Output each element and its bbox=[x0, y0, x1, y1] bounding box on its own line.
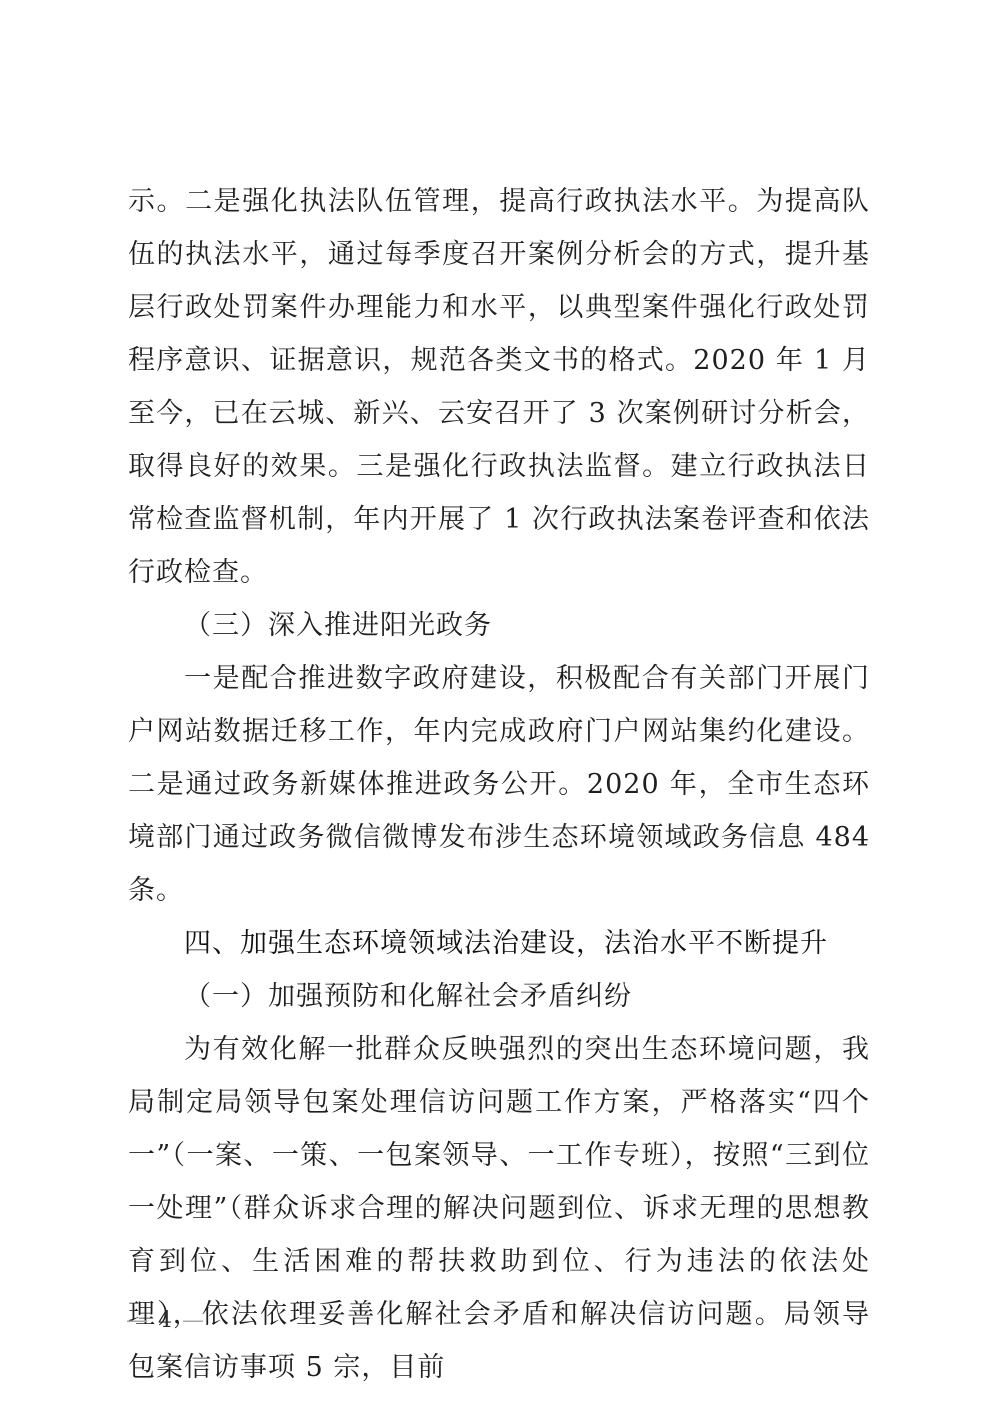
document-body: 示。二是强化执法队伍管理，提高行政执法水平。为提高队伍的执法水平，通过每季度召开… bbox=[128, 175, 870, 1394]
footer-dash-right: — bbox=[182, 1308, 204, 1333]
page-footer: —4— bbox=[126, 1306, 204, 1336]
paragraph: 一是配合推进数字政府建设，积极配合有关部门开展门户网站数据迁移工作，年内完成政府… bbox=[128, 652, 870, 917]
paragraph-continuation: 示。二是强化执法队伍管理，提高行政执法水平。为提高队伍的执法水平，通过每季度召开… bbox=[128, 175, 870, 599]
section-heading-4: 四、加强生态环境领域法治建设，法治水平不断提升 bbox=[128, 917, 870, 970]
page-number: 4 bbox=[158, 1308, 172, 1333]
subsection-heading-1: （一）加强预防和化解社会矛盾纠纷 bbox=[128, 970, 870, 1023]
subsection-heading-3: （三）深入推进阳光政务 bbox=[128, 599, 870, 652]
document-page: 示。二是强化执法队伍管理，提高行政执法水平。为提高队伍的执法水平，通过每季度召开… bbox=[0, 0, 1000, 1414]
footer-dash-left: — bbox=[126, 1308, 148, 1333]
paragraph: 为有效化解一批群众反映强烈的突出生态环境问题，我局制定局领导包案处理信访问题工作… bbox=[128, 1023, 870, 1394]
